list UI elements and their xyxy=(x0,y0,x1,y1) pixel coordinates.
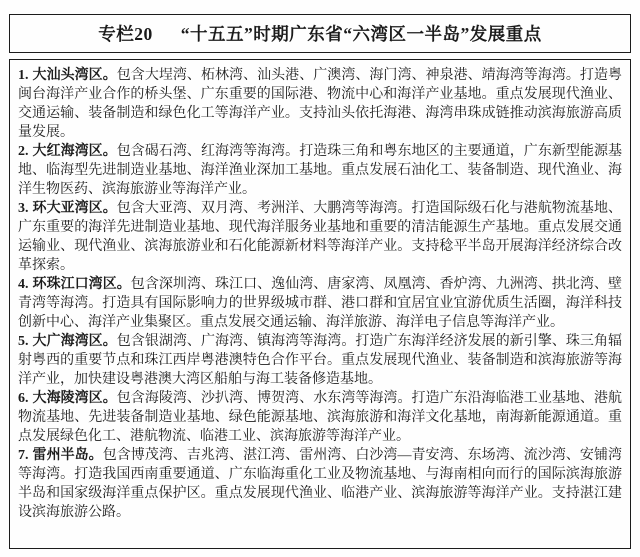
section-zone-name: 大海陵湾区。 xyxy=(33,391,117,406)
column-number-label: 专栏20 xyxy=(98,21,153,46)
section-zone-name: 雷州半岛。 xyxy=(33,448,103,463)
section-number: 3. xyxy=(18,201,29,216)
section-zone-name: 环大亚湾区。 xyxy=(33,201,117,216)
section-zone-name: 环珠江口湾区。 xyxy=(33,277,131,292)
section-item-dahailing: 6.大海陵湾区。包含海陵湾、沙扒湾、博贺湾、水东湾等海湾。打造广东沿海临港工业基… xyxy=(18,389,622,446)
column-title-text: “十五五”时期广东省“六湾区一半岛”发展重点 xyxy=(181,21,542,46)
section-item-leizhou: 7.雷州半岛。包含博茂湾、吉兆湾、湛江湾、雷州湾、白沙湾—青安湾、东场湾、流沙湾… xyxy=(18,446,622,522)
section-zone-name: 大汕头湾区。 xyxy=(33,68,117,83)
section-number: 6. xyxy=(18,391,29,406)
section-number: 2. xyxy=(18,144,29,159)
section-item-dashantou: 1.大汕头湾区。包含大埕湾、柘林湾、汕头港、广澳湾、海门湾、神泉港、靖海湾等海湾… xyxy=(18,66,622,142)
section-zone-name: 大红海湾区。 xyxy=(33,144,117,159)
section-zone-name: 大广海湾区。 xyxy=(33,334,117,349)
section-item-dahonghai: 2.大红海湾区。包含碣石湾、红海湾等海湾。打造珠三角和粤东地区的主要通道，广东新… xyxy=(18,142,622,199)
document-page: 专栏20 “十五五”时期广东省“六湾区一半岛”发展重点 1.大汕头湾区。包含大埕… xyxy=(0,0,640,557)
section-number: 7. xyxy=(18,448,29,463)
section-number: 5. xyxy=(18,334,29,349)
section-number: 4. xyxy=(18,277,29,292)
section-item-huandaya: 3.环大亚湾区。包含大亚湾、双月湾、考洲洋、大鹏湾等海湾。打造国际级石化与港航物… xyxy=(18,199,622,275)
section-item-daguanghai: 5.大广海湾区。包含银湖湾、广海湾、镇海湾等海湾。打造广东海洋经济发展的新引擎、… xyxy=(18,332,622,389)
column-content-box: 1.大汕头湾区。包含大埕湾、柘林湾、汕头港、广澳湾、海门湾、神泉港、靖海湾等海湾… xyxy=(9,59,631,549)
column-title-box: 专栏20 “十五五”时期广东省“六湾区一半岛”发展重点 xyxy=(9,14,631,53)
section-number: 1. xyxy=(18,68,29,83)
section-body-text: 包含博茂湾、吉兆湾、湛江湾、雷州湾、白沙湾—青安湾、东场湾、流沙湾、安铺湾等海湾… xyxy=(18,448,622,520)
section-item-huanzhujiangkou: 4.环珠江口湾区。包含深圳湾、珠江口、逸仙湾、唐家湾、凤凰湾、香炉湾、九洲湾、拱… xyxy=(18,275,622,332)
